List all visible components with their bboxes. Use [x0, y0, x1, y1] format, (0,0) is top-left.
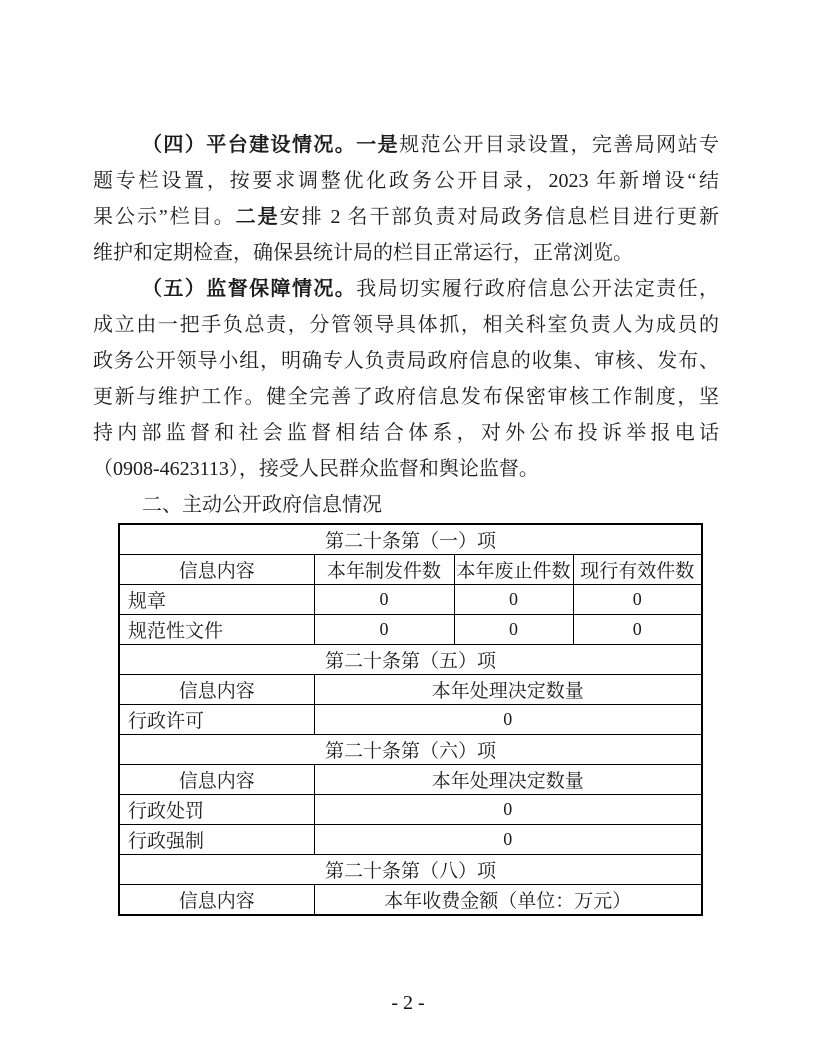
- table-label-cell: 规范性文件: [119, 615, 314, 645]
- table-row: 规章000: [119, 585, 702, 615]
- table-row: 信息内容本年处理决定数量: [119, 675, 702, 705]
- table-section-title: 第二十条第（五）项: [119, 645, 702, 675]
- table-value-cell: 0: [454, 585, 573, 615]
- text-line: 题专栏设置，按要求调整优化政务公开目录，2023 年新增设“结: [93, 163, 719, 199]
- table-header-cell: 本年收费金额（单位：万元）: [314, 885, 702, 916]
- table-value-cell: 0: [314, 825, 702, 855]
- table-row: 信息内容本年处理决定数量: [119, 765, 702, 795]
- table-value-cell: 0: [314, 585, 454, 615]
- table-row: 行政许可0: [119, 705, 702, 735]
- disclosure-table: 第二十条第（一）项信息内容本年制发件数本年废止件数现行有效件数规章000规范性文…: [118, 523, 703, 916]
- table-value-cell: 0: [454, 615, 573, 645]
- text-segment: 安排 2 名干部负责对局政务信息栏目进行更新: [280, 206, 719, 228]
- text-segment: （0908-4623113），接受人民群众监督和舆论监督。: [93, 458, 539, 480]
- table-row: 第二十条第（六）项: [119, 735, 702, 765]
- table-section-title: 第二十条第（一）项: [119, 524, 702, 555]
- table-row: 第二十条第（五）项: [119, 645, 702, 675]
- text-line: （五）监督保障情况。我局切实履行政府信息公开法定责任，: [93, 271, 719, 307]
- table-value-cell: 0: [314, 795, 702, 825]
- table-label-cell: 行政许可: [119, 705, 314, 735]
- table-row: 行政强制0: [119, 825, 702, 855]
- body-text: （四）平台建设情况。一是规范公开目录设置，完善局网站专题专栏设置，按要求调整优化…: [93, 127, 719, 523]
- table-header-cell: 本年废止件数: [454, 555, 573, 585]
- table-row: 信息内容本年收费金额（单位：万元）: [119, 885, 702, 916]
- table-section-title: 第二十条第（八）项: [119, 855, 702, 885]
- table-value-cell: 0: [573, 585, 702, 615]
- text-segment: 维护和定期检查，确保县统计局的栏目正常运行，正常浏览。: [93, 242, 633, 264]
- bold-text-segment: （五）监督保障情况。: [142, 278, 356, 300]
- table-header-cell: 本年制发件数: [314, 555, 454, 585]
- table-value-cell: 0: [314, 615, 454, 645]
- section-heading: 二、主动公开政府信息情况: [93, 487, 719, 523]
- bold-text-segment: 二是: [236, 206, 280, 228]
- text-line: 持内部监督和社会监督相结合体系，对外公布投诉举报电话: [93, 415, 719, 451]
- table-row: 信息内容本年制发件数本年废止件数现行有效件数: [119, 555, 702, 585]
- text-line: （0908-4623113），接受人民群众监督和舆论监督。: [93, 451, 719, 487]
- text-segment: 规范公开目录设置，完善局网站专: [399, 134, 719, 156]
- table-value-cell: 0: [314, 705, 702, 735]
- page-number: - 2 -: [0, 992, 816, 1015]
- table-row: 第二十条第（一）项: [119, 524, 702, 555]
- table-row: 第二十条第（八）项: [119, 855, 702, 885]
- text-line: 更新与维护工作。健全完善了政府信息发布保密审核工作制度，坚: [93, 379, 719, 415]
- text-segment: 持内部监督和社会监督相结合体系，对外公布投诉举报电话: [93, 422, 719, 444]
- table-row: 行政处罚0: [119, 795, 702, 825]
- disclosure-table-body: 第二十条第（一）项信息内容本年制发件数本年废止件数现行有效件数规章000规范性文…: [119, 524, 702, 915]
- text-segment: 政务公开领导小组，明确专人负责局政府信息的收集、审核、发布、: [93, 350, 719, 372]
- table-label-cell: 规章: [119, 585, 314, 615]
- text-segment: 成立由一把手负总责，分管领导具体抓，相关科室负责人为成员的: [93, 314, 719, 336]
- text-segment: 更新与维护工作。健全完善了政府信息发布保密审核工作制度，坚: [93, 386, 719, 408]
- table-header-cell: 本年处理决定数量: [314, 675, 702, 705]
- table-row: 规范性文件000: [119, 615, 702, 645]
- bold-text-segment: （四）平台建设情况。一是: [142, 134, 399, 156]
- text-line: （四）平台建设情况。一是规范公开目录设置，完善局网站专: [93, 127, 719, 163]
- text-segment: 题专栏设置，按要求调整优化政务公开目录，2023 年新增设“结: [93, 170, 719, 192]
- text-line: 成立由一把手负总责，分管领导具体抓，相关科室负责人为成员的: [93, 307, 719, 343]
- table-value-cell: 0: [573, 615, 702, 645]
- table-header-cell: 信息内容: [119, 675, 314, 705]
- table-header-cell: 信息内容: [119, 555, 314, 585]
- table-header-cell: 现行有效件数: [573, 555, 702, 585]
- text-line: 果公示”栏目。二是安排 2 名干部负责对局政务信息栏目进行更新: [93, 199, 719, 235]
- text-line: 维护和定期检查，确保县统计局的栏目正常运行，正常浏览。: [93, 235, 719, 271]
- text-segment: 我局切实履行政府信息公开法定责任，: [356, 278, 719, 300]
- table-header-cell: 本年处理决定数量: [314, 765, 702, 795]
- text-line: 政务公开领导小组，明确专人负责局政府信息的收集、审核、发布、: [93, 343, 719, 379]
- table-label-cell: 行政强制: [119, 825, 314, 855]
- table-section-title: 第二十条第（六）项: [119, 735, 702, 765]
- document-page: （四）平台建设情况。一是规范公开目录设置，完善局网站专题专栏设置，按要求调整优化…: [0, 0, 816, 1056]
- text-segment: 果公示”栏目。: [93, 206, 236, 228]
- table-header-cell: 信息内容: [119, 765, 314, 795]
- table-header-cell: 信息内容: [119, 885, 314, 916]
- table-label-cell: 行政处罚: [119, 795, 314, 825]
